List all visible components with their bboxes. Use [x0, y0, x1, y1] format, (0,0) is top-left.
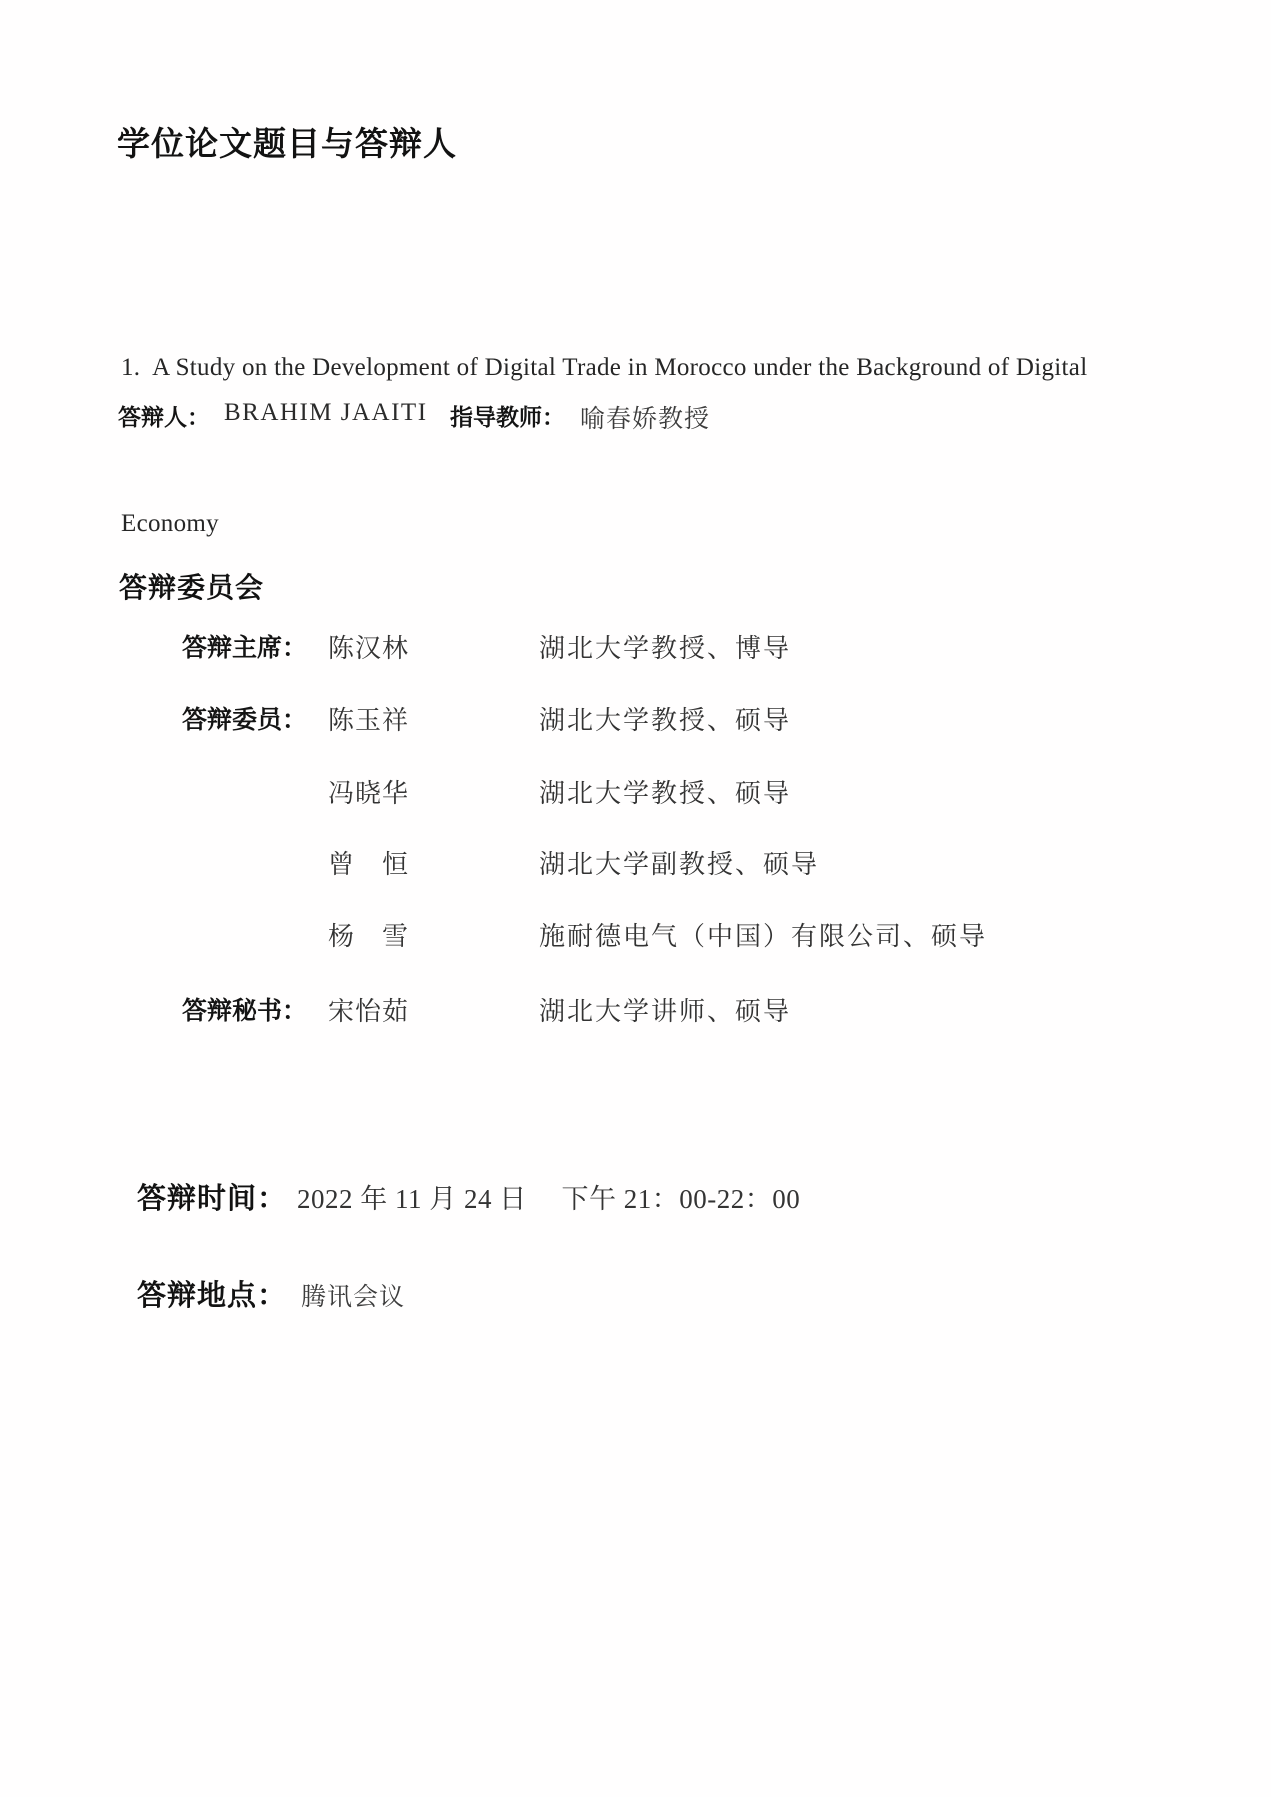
committee-heading: 答辩委员会 [119, 566, 264, 606]
thesis-defense-announcement-page: 学位论文题目与答辩人 1. A Study on the Development… [0, 0, 1271, 1797]
advisor-name: 喻春娇教授 [580, 399, 710, 435]
defender-row: 答辩人： BRAHIM JAAITI 指导教师： 喻春娇教授 [0, 399, 1271, 435]
committee-role-label: 答辩秘书： [182, 991, 307, 1027]
committee-member-name: 杨 雪 [328, 916, 409, 953]
defense-venue-value: 腾讯会议 [301, 1284, 405, 1311]
committee-role-label: 答辩主席： [182, 628, 307, 664]
committee-member-affiliation: 湖北大学讲师、硕导 [539, 991, 791, 1028]
committee-member-affiliation: 湖北大学副教授、硕导 [539, 844, 819, 881]
committee-row-chair: 答辩主席： 陈汉林 湖北大学教授、博导 [0, 628, 1271, 664]
defense-time-label: 答辩时间： [137, 1183, 287, 1215]
committee-member-name: 宋怡茹 [328, 991, 409, 1028]
committee-member-name: 陈玉祥 [328, 700, 409, 737]
committee-row-secretary: 答辩秘书： 宋怡茹 湖北大学讲师、硕导 [0, 991, 1271, 1027]
committee-member-name: 陈汉林 [328, 628, 409, 665]
committee-row-member-4: 杨 雪 施耐德电气（中国）有限公司、硕导 [0, 916, 1271, 952]
committee-row-member-2: 冯晓华 湖北大学教授、硕导 [0, 773, 1271, 809]
committee-member-affiliation: 湖北大学教授、硕导 [539, 700, 791, 737]
committee-member-affiliation: 施耐德电气（中国）有限公司、硕导 [539, 916, 987, 953]
defender-name: BRAHIM JAAITI [224, 399, 428, 427]
defense-time-value: 2022 年 11 月 24 日 下午 21：00-22：00 [297, 1184, 800, 1214]
committee-member-name: 曾 恒 [328, 844, 409, 881]
committee-row-member-1: 答辩委员： 陈玉祥 湖北大学教授、硕导 [0, 700, 1271, 736]
defense-time-row: 答辩时间：2022 年 11 月 24 日 下午 21：00-22：00 [121, 1158, 800, 1235]
committee-row-member-3: 曾 恒 湖北大学副教授、硕导 [0, 844, 1271, 880]
defense-venue-label: 答辩地点： [137, 1280, 287, 1312]
thesis-title-paragraph: 1. A Study on the Development of Digital… [121, 238, 1141, 654]
committee-member-affiliation: 湖北大学教授、硕导 [539, 773, 791, 810]
thesis-title-line-1: 1. A Study on the Development of Digital… [121, 342, 1141, 394]
defense-venue-row: 答辩地点：腾讯会议 [121, 1255, 405, 1332]
committee-member-affiliation: 湖北大学教授、博导 [539, 628, 791, 665]
committee-role-label: 答辩委员： [182, 700, 307, 736]
defender-label: 答辩人： [118, 399, 210, 432]
thesis-title-line-2: Economy [121, 498, 1141, 550]
committee-member-name: 冯晓华 [328, 773, 409, 810]
advisor-label: 指导教师： [450, 399, 565, 432]
page-title: 学位论文题目与答辩人 [117, 118, 457, 165]
